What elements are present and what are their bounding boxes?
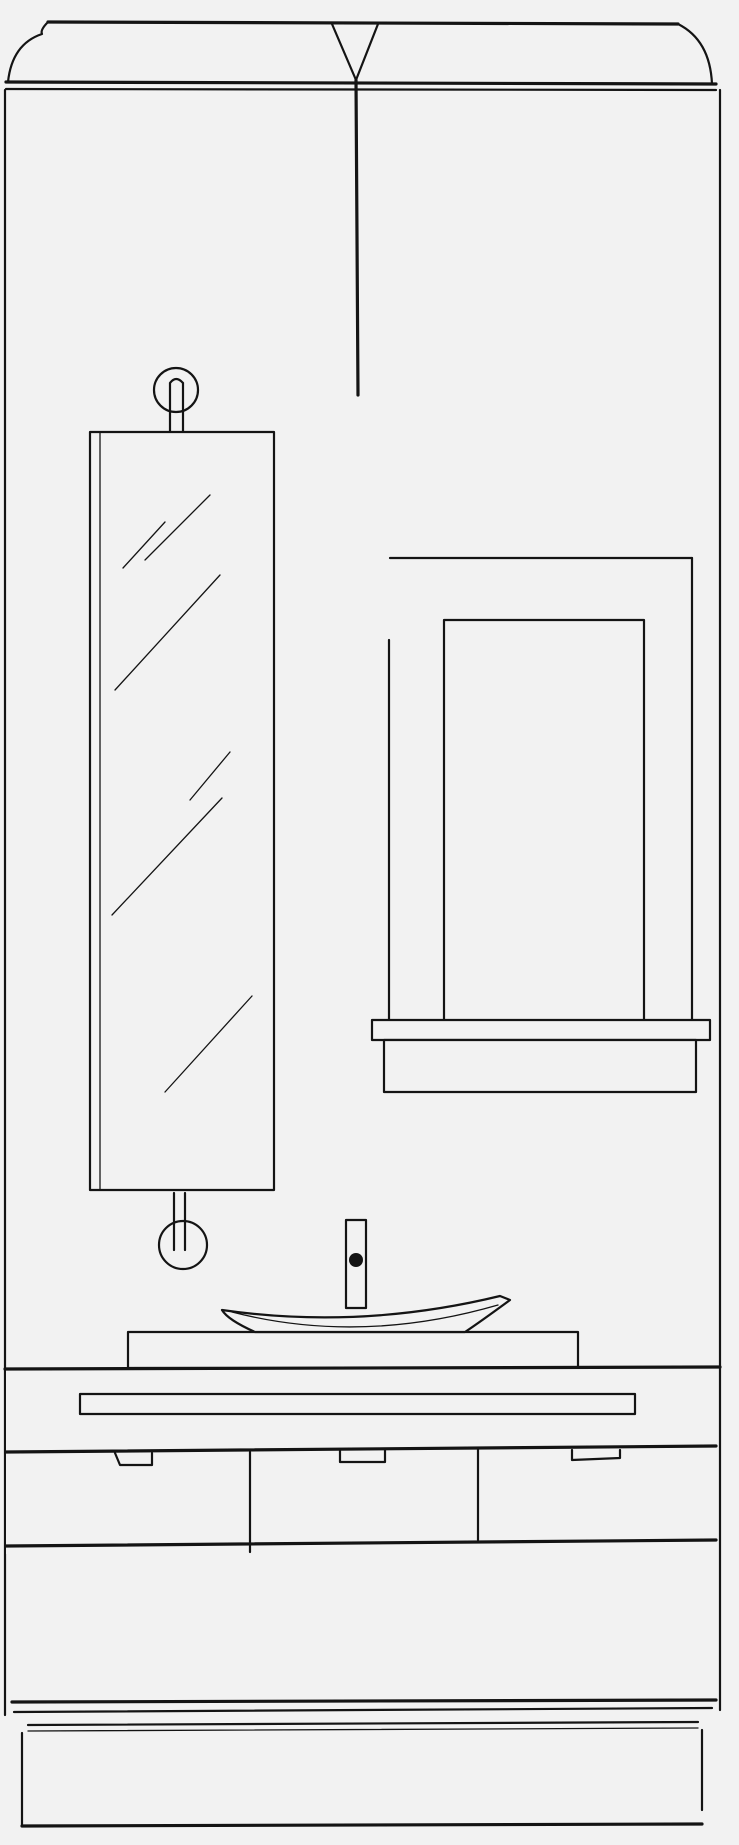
- pendant-light: [356, 80, 358, 395]
- window: [372, 558, 710, 1092]
- mirror: [90, 368, 274, 1269]
- vanity: [5, 1367, 720, 1554]
- elevation-sketch: [0, 0, 739, 1845]
